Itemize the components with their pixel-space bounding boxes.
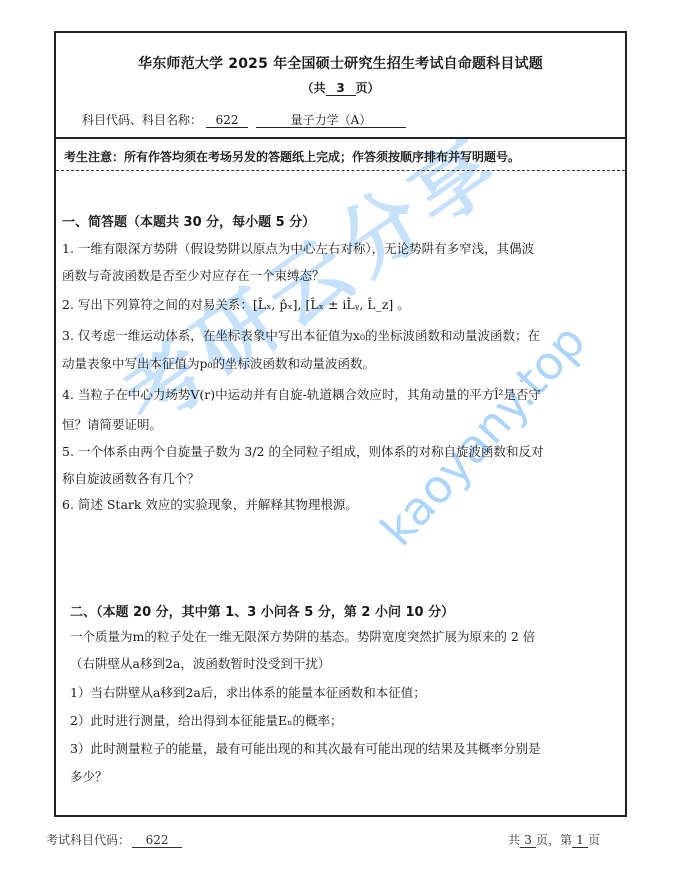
subject-label: 科目代码、科目名称： (82, 113, 202, 127)
subject-name: 量子力学（A） (256, 113, 406, 128)
section2-title: 二、（本题 20 分，其中第 1、3 小问各 5 分，第 2 小问 10 分） (70, 601, 454, 620)
footer-page-number: 共3页，第1页 (508, 831, 600, 848)
subject-info: 科目代码、科目名称：622量子力学（A） (82, 111, 406, 128)
exam-notice: 考生注意：所有作答均须在考场另发的答题纸上完成；作答须按顺序排布并写明题号。 (56, 139, 625, 171)
q1-line1: 1. 一维有限深方势阱（假设势阱以原点为中心左右对称），无论势阱有多窄浅，其偶波 (62, 239, 534, 257)
footer-code: 622 (132, 833, 182, 848)
footer-current: 1 (572, 833, 588, 848)
subject-code: 622 (206, 113, 248, 128)
s2-part3-line2: 多少？ (70, 767, 108, 785)
exam-frame: 华东师范大学 2025 年全国硕士研究生招生考试自命题科目试题 （共3页） 科目… (54, 31, 627, 817)
exam-title: 华东师范大学 2025 年全国硕士研究生招生考试自命题科目试题 (56, 53, 625, 73)
s2-intro-line2: （右阱壁从a移到2a，波函数暂时没受到干扰） (70, 654, 330, 672)
q4-line2: 恒？请简要证明。 (62, 415, 162, 433)
s2-part1: 1）当右阱壁从a移到2a后，求出体系的能量本征函数和本征值； (70, 683, 426, 701)
pages-prefix: （共 (301, 81, 325, 95)
q2-line1: 2. 写出下列算符之间的对易关系：[L̂ₓ, p̂ₓ], [L̂ₓ ± iL̂ᵧ… (62, 295, 410, 313)
footer-total-prefix: 共 (508, 833, 520, 847)
page-count: （共3页） (56, 79, 625, 96)
footer-page-mid: 页，第 (536, 833, 572, 847)
footer-subject-code: 考试科目代码：622 (46, 831, 182, 848)
s2-part2: 2）此时进行测量，给出得到本征能量Eₙ的概率； (70, 711, 343, 729)
exam-header: 华东师范大学 2025 年全国硕士研究生招生考试自命题科目试题 （共3页） 科目… (56, 33, 625, 139)
pages-total: 3 (326, 81, 356, 96)
q5-line1: 5. 一个体系由两个自旋量子数为 3/2 的全同粒子组成，则体系的对称自旋波函数… (62, 442, 543, 460)
q1-line2: 函数与奇波函数是否至少对应存在一个束缚态？ (62, 266, 325, 284)
footer-page-suffix: 页 (588, 833, 600, 847)
q3-line2: 动量表象中写出本征值为p₀的坐标波函数和动量波函数。 (62, 354, 375, 372)
s2-intro-line1: 一个质量为m的粒子处在一维无限深方势阱的基态。势阱宽度突然扩展为原来的 2 倍 (70, 627, 535, 645)
footer-code-label: 考试科目代码： (46, 833, 130, 847)
q5-line2: 称自旋波函数各有几个？ (62, 469, 200, 487)
q3-line1: 3. 仅考虑一维运动体系，在坐标表象中写出本征值为x₀的坐标波函数和动量波函数；… (62, 326, 540, 344)
q4-line1: 4. 当粒子在中心力场势V(r)中运动并有自旋-轨道耦合效应时，其角动量的平方l… (62, 385, 541, 403)
q6-line1: 6. 简述 Stark 效应的实验现象，并解释其物理根源。 (62, 495, 358, 513)
section1-title: 一、简答题（本题共 30 分，每小题 5 分） (62, 211, 315, 230)
footer-total: 3 (520, 833, 536, 848)
pages-suffix: 页） (356, 81, 380, 95)
s2-part3-line1: 3）此时测量粒子的能量，最有可能出现的和其次最有可能出现的结果及其概率分别是 (70, 739, 540, 757)
